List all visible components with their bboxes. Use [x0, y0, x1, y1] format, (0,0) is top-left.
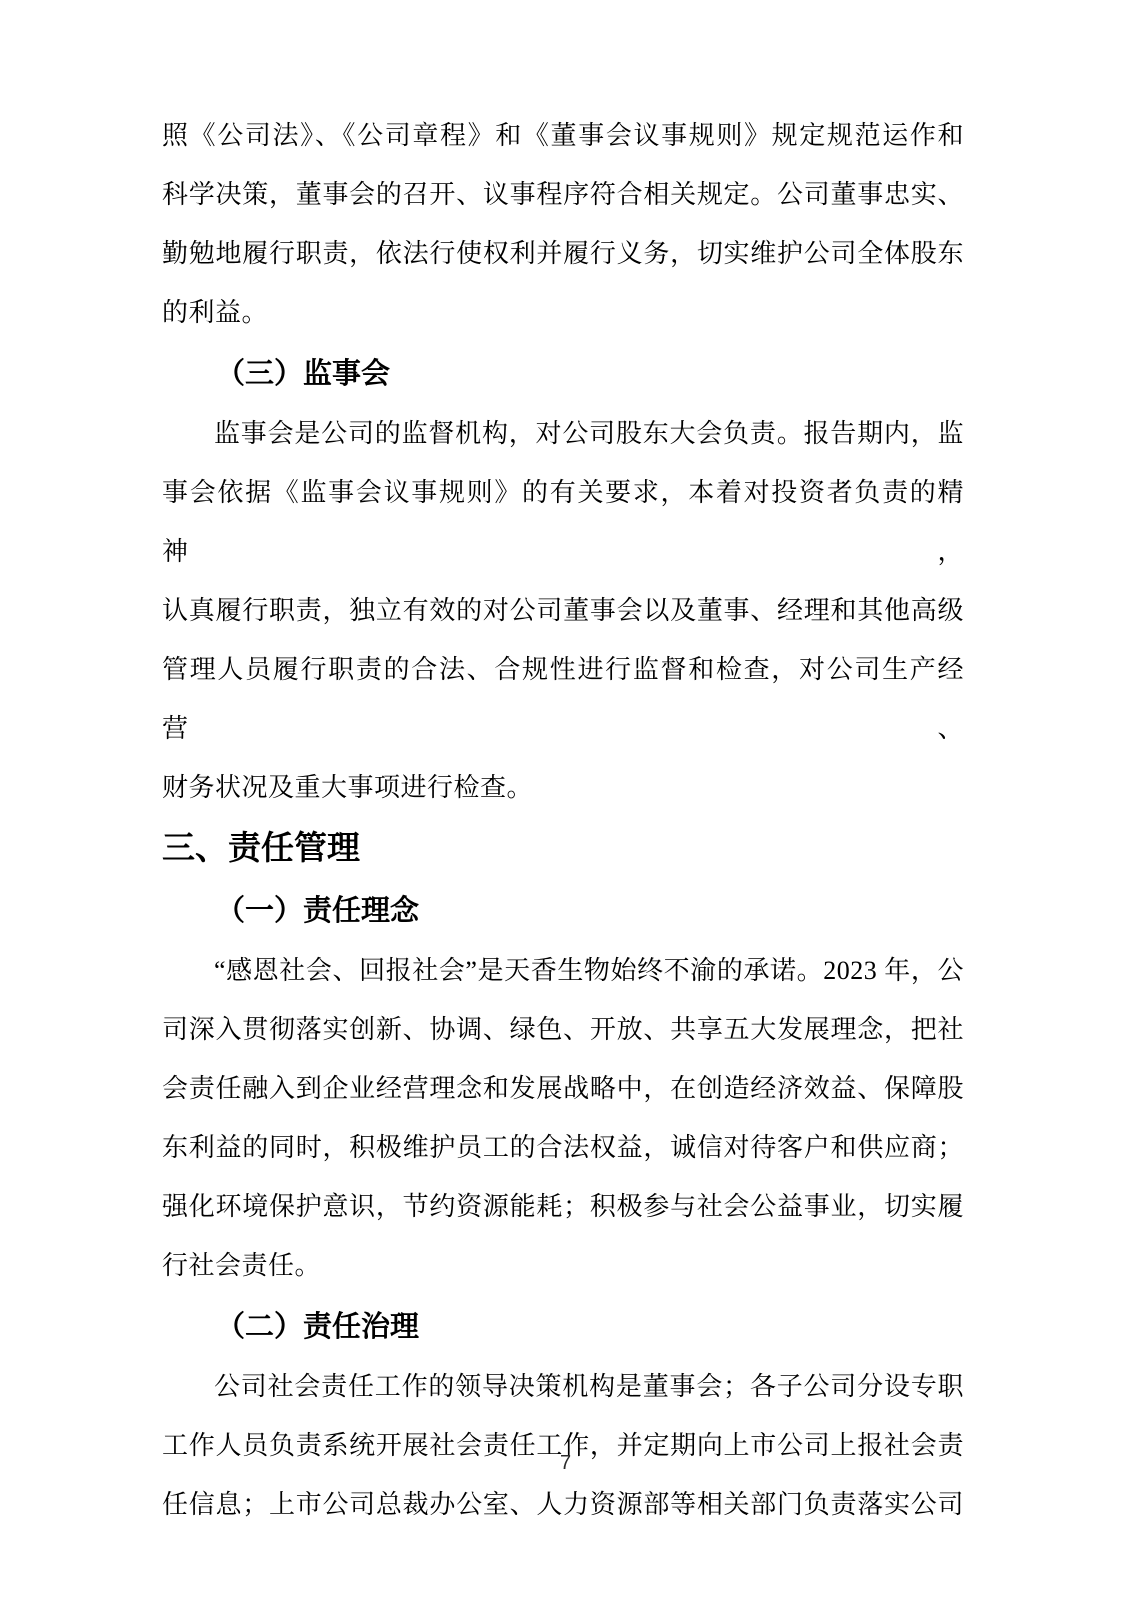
body-paragraph: 公司社会责任工作的领导决策机构是董事会；各子公司分设专职工作人员负责系统开展社会…: [162, 1357, 964, 1534]
paragraph-line: 司深入贯彻落实创新、协调、绿色、开放、共享五大发展理念，把社: [162, 1000, 964, 1059]
paragraph-line: 财务状况及重大事项进行检查。: [162, 758, 964, 817]
paragraph-line: “感恩社会、回报社会”是天香生物始终不渝的承诺。2023 年，公: [162, 941, 964, 1000]
paragraph-line: 认真履行职责，独立有效的对公司董事会以及董事、经理和其他高级: [162, 581, 964, 640]
subsection-heading: （一）责任理念: [162, 882, 964, 941]
subsection-heading: （二）责任治理: [162, 1298, 964, 1357]
paragraph-line: 会责任融入到企业经营理念和发展战略中，在创造经济效益、保障股: [162, 1059, 964, 1118]
body-paragraph: 照《公司法》、《公司章程》和《董事会议事规则》规定规范运作和科学决策，董事会的召…: [162, 106, 964, 342]
page-body: 照《公司法》、《公司章程》和《董事会议事规则》规定规范运作和科学决策，董事会的召…: [162, 106, 964, 1534]
paragraph-line: 照《公司法》、《公司章程》和《董事会议事规则》规定规范运作和: [162, 106, 964, 165]
body-paragraph: “感恩社会、回报社会”是天香生物始终不渝的承诺。2023 年，公司深入贯彻落实创…: [162, 941, 964, 1295]
paragraph-line: 勤勉地履行职责，依法行使权利并履行义务，切实维护公司全体股东: [162, 224, 964, 283]
section-heading: 三、责任管理: [162, 820, 964, 879]
page-footer: 7: [0, 1452, 1131, 1475]
paragraph-line: 管理人员履行职责的合法、合规性进行监督和检查，对公司生产经营、: [162, 640, 964, 758]
paragraph-line: 强化环境保护意识，节约资源能耗；积极参与社会公益事业，切实履: [162, 1177, 964, 1236]
paragraph-line: 科学决策，董事会的召开、议事程序符合相关规定。公司董事忠实、: [162, 165, 964, 224]
subsection-heading: （三）监事会: [162, 345, 964, 404]
paragraph-line: 的利益。: [162, 283, 964, 342]
paragraph-line: 任信息；上市公司总裁办公室、人力资源部等相关部门负责落实公司: [162, 1475, 964, 1534]
paragraph-line: 公司社会责任工作的领导决策机构是董事会；各子公司分设专职: [162, 1357, 964, 1416]
paragraph-line: 行社会责任。: [162, 1236, 964, 1295]
body-paragraph: 监事会是公司的监督机构，对公司股东大会负责。报告期内，监事会依据《监事会议事规则…: [162, 404, 964, 817]
document-page: 照《公司法》、《公司章程》和《董事会议事规则》规定规范运作和科学决策，董事会的召…: [0, 0, 1131, 1600]
paragraph-line: 东利益的同时，积极维护员工的合法权益，诚信对待客户和供应商；: [162, 1118, 964, 1177]
paragraph-line: 事会依据《监事会议事规则》的有关要求，本着对投资者负责的精神，: [162, 463, 964, 581]
paragraph-line: 监事会是公司的监督机构，对公司股东大会负责。报告期内，监: [162, 404, 964, 463]
page-number: 7: [560, 1452, 571, 1474]
